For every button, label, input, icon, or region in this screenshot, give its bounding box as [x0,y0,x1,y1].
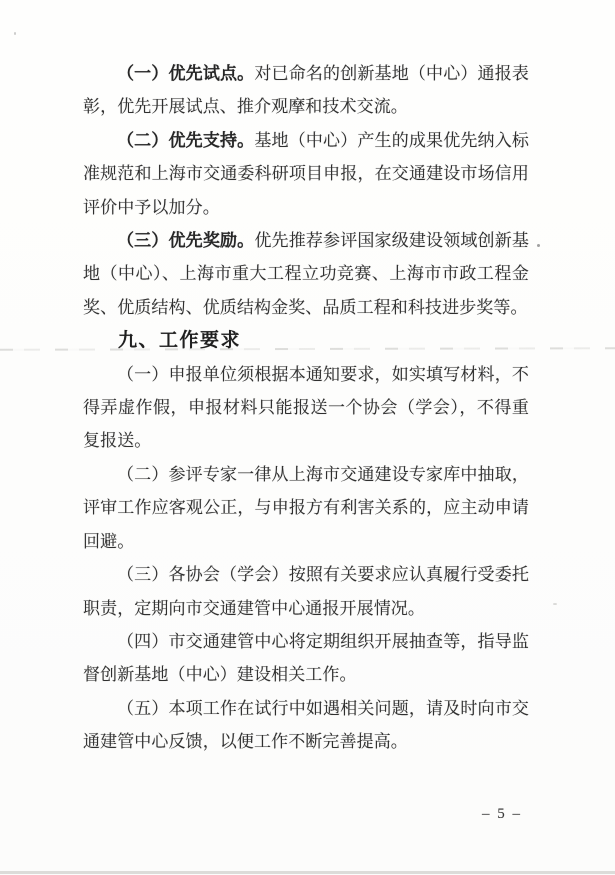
award-item-2-lead: （二）优先支持。 [117,131,254,150]
page-number: – 5 – [482,806,522,823]
requirement-item-1: （一）申报单位须根据本通知要求，如实填写材料，不得弄虚作假，申报材料只能报送一个… [83,358,529,458]
award-item-1-lead: （一）优先试点。 [117,64,254,83]
award-item-3-lead: （三）优先奖励。 [117,231,254,250]
scan-bottom-edge [0,871,615,874]
requirement-item-5: （五）本项工作在试行中如遇相关问题，请及时向市交通建管中心反馈，以便工作不断完善… [83,692,529,759]
scanned-document-page: { "page": { "number_label": "– 5 –" }, "… [0,0,615,875]
scan-speck [553,603,557,605]
section-nine-heading: 九、工作要求 [83,324,529,357]
award-item-1: （一）优先试点。对已命名的创新基地（中心）通报表彰，优先开展试点、推介观摩和技术… [83,57,529,124]
award-item-2: （二）优先支持。基地（中心）产生的成果优先纳入标准规范和上海市交通委科研项目申报… [83,124,529,224]
requirement-item-2: （二）参评专家一律从上海市交通建设专家库中抽取，评审工作应客观公正，与申报方有利… [83,458,529,558]
document-body: （一）优先试点。对已命名的创新基地（中心）通报表彰，优先开展试点、推介观摩和技术… [83,57,529,759]
award-item-3: （三）优先奖励。优先推荐参评国家级建设领域创新基地（中心）、上海市重大工程立功竞… [83,224,529,324]
scan-speck [537,244,540,247]
requirement-item-4: （四）市交通建管中心将定期组织开展抽查等，指导监督创新基地（中心）建设相关工作。 [83,625,529,692]
requirement-item-3: （三）各协会（学会）按照有关要求应认真履行受委托职责，定期向市交通建管中心通报开… [83,558,529,625]
scan-speck [14,32,16,35]
